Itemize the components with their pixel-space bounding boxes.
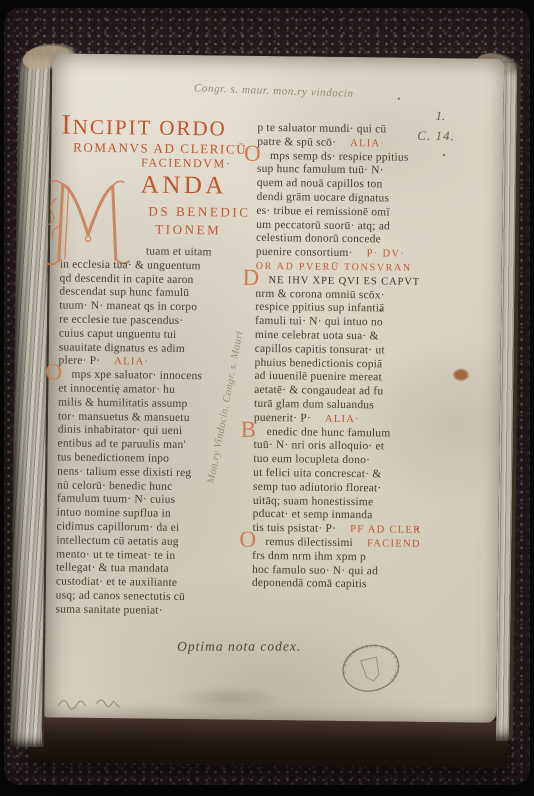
line-text: mps semp ds· respice ppitius	[270, 150, 409, 164]
line-text: nū celorū· benedic hunc	[57, 479, 173, 492]
incipit-rubric-line1: INCIPIT ORDO	[61, 113, 255, 141]
curator-note: Optima nota codex.	[177, 639, 301, 655]
line-text: celestium donorū concede	[256, 232, 381, 246]
line-text: re ecclesie tue pascendus·	[59, 313, 183, 327]
decorated-initial-block: ANDA DS BENEDIC TIONEM	[60, 168, 255, 246]
line-text: pducat· et semp inmanda	[253, 508, 373, 521]
line-text: descendat sup hunc famulū	[59, 286, 189, 300]
library-stamp: BIBLIOTHEQUE DE VENDOME	[333, 633, 409, 704]
line-text: suma sanitate pueniat·	[55, 603, 162, 616]
line-text: nens· talium esse dixisti reg	[57, 465, 191, 479]
line-text: tor· mansuetus & mansuetu	[58, 410, 190, 424]
line-text: hoc famulo suo· N· qui ad	[252, 563, 378, 577]
manuscript-book: Congr. s. maur. mon.ry vindocin 1. C. 14…	[8, 43, 525, 775]
line-text: puenire consortium·	[256, 246, 353, 259]
line-text: intuo nomine supflua in	[57, 507, 171, 520]
line-text: tellegat· & tua mandata	[56, 562, 169, 575]
rubric-sub-line1: DS BENEDIC	[148, 204, 250, 221]
line-text: deponendā comā capitis	[252, 577, 367, 590]
line-text: ad iuuenilē puenire mereat	[254, 370, 382, 384]
line-text: frs dnm nrm ihm xpm p	[252, 550, 366, 563]
rubric-marker: ALIA·	[114, 357, 149, 368]
pen-trials	[52, 689, 172, 716]
line-text: famulum tuum· N· cuius	[57, 493, 176, 506]
colored-initial: D	[243, 270, 260, 284]
display-capitals: NE IHV XPE QVI ES CAPVT	[269, 275, 421, 288]
stamp-text: BIBLIOTHEQUE DE VENDOME	[337, 638, 403, 693]
line-text: qd descendit in capite aaron	[60, 272, 194, 286]
manuscript-line: deponendā comā capitis	[252, 577, 454, 593]
line-text: p te saluator mundi· qui cū	[257, 122, 386, 136]
line-text: et innocentię amator· hu	[58, 382, 175, 395]
line-text: sup hunc famulum tuū· N·	[257, 163, 384, 177]
line-text: dendi grām uocare dignatus	[257, 191, 390, 205]
line-text: turā glam dum saluandus	[254, 398, 374, 411]
line-text: mento· ut te timeat· te in	[56, 548, 175, 561]
stamp-shield	[361, 657, 382, 682]
line-text: milis & humilitatis assump	[58, 396, 188, 410]
line-text: remus dilectissimi	[265, 536, 353, 549]
line-text: nrm & corona omniū scōx·	[255, 287, 384, 301]
line-text: uitāq; suam honestissime	[253, 494, 374, 507]
smudge-stain	[172, 685, 282, 712]
line-text: phuius benedictionis copiā	[254, 356, 382, 370]
line-text: semp tuo adiutorio floreat·	[253, 481, 381, 495]
colored-initial: O	[239, 533, 256, 547]
line-text: plere· P·	[58, 355, 100, 368]
line-text: usq; ad canos senectutis cū	[56, 589, 185, 603]
line-text: quem ad nouā capillos ton	[257, 177, 383, 191]
line-text: mps xpe saluator· innocens	[71, 369, 202, 383]
line-text: aetatē· & congaudeat ad fu	[254, 384, 383, 398]
rubric-text: OR AD PVERŪ TONSVRAN	[256, 261, 412, 274]
line-text: cidimus capillorum· da ei	[56, 520, 179, 533]
line-text: custodiat· et te auxiliante	[56, 576, 177, 589]
line-text: ut felici uita concrescat· &	[253, 467, 381, 481]
line-text: in ecclesia tua· & unguentum	[60, 258, 201, 272]
svg-text:BIBLIOTHEQUE DE VENDOME: BIBLIOTHEQUE DE VENDOME	[337, 638, 403, 693]
line-text: entibus ad te paruulis man'	[57, 438, 185, 452]
line-text: suauitate dignatus es adim	[59, 341, 185, 355]
rubric-marker: ALIA·	[350, 138, 385, 149]
line-text: um peccatorū suorū· atq; ad	[256, 218, 390, 232]
colored-initial: O	[244, 146, 261, 160]
incipit-rubric-line2: ROMANVS AD CLERICŪ	[73, 140, 255, 157]
colored-initial: B	[241, 422, 257, 436]
line-text: patre & spū scō·	[257, 136, 336, 149]
line-text: tuo eum locupleta dono·	[253, 453, 370, 466]
book-lower-board	[29, 715, 509, 768]
line-text: cuius caput unguentu tui	[59, 327, 177, 340]
colored-initial: O	[45, 365, 62, 379]
line-text: respice ppitius sup infantiā	[255, 301, 384, 315]
line-text: es· tribue ei remissionē omī	[256, 205, 389, 219]
rubric-sub-line2: TIONEM	[155, 222, 221, 239]
line-text: dinis inhabitator· qui ueni	[58, 424, 183, 438]
line-text: mine celebrat uota sua· &	[255, 329, 379, 343]
rubric-marker: FACIEND	[367, 538, 421, 550]
line-text: tis tuis psistat· P·	[252, 522, 336, 535]
left-text-column: INCIPIT ORDO ROMANVS AD CLERICŪ FACIENDV…	[55, 113, 255, 619]
manuscript-line: suma sanitate pueniat·	[55, 603, 249, 619]
parchment-page: Congr. s. maur. mon.ry vindocin 1. C. 14…	[44, 53, 504, 722]
rubric-marker: ALIA·	[325, 413, 360, 424]
incipit-rubric-line3: FACIENDVM·	[141, 155, 255, 170]
line-text: puenerit· P·	[254, 412, 311, 425]
rubric-marker: PF AD CLER	[350, 524, 421, 536]
manuscript-line: tuam et uitam	[146, 246, 254, 261]
line-text: capillos capitis tonsurat· ut	[255, 343, 385, 357]
folio-number: 1.	[435, 108, 445, 124]
line-text: tus benedictionem inpo	[57, 451, 169, 464]
line-text: enedic dne hunc famulum	[267, 426, 391, 440]
rubric-marker: P· DV·	[367, 248, 406, 259]
line-text: tuam et uitam	[146, 246, 212, 259]
line-text: intellectum cū aetatis aug	[56, 534, 179, 547]
line-text: tuum· N· maneat qs in corpo	[59, 300, 197, 314]
line-text: famuli tui· N· qui intuo no	[255, 315, 383, 329]
ownership-inscription: Congr. s. maur. mon.ry vindocin	[194, 82, 444, 103]
photo-slide-frame: Congr. s. maur. mon.ry vindocin 1. C. 14…	[0, 0, 534, 796]
rubric-word-anda: ANDA	[141, 171, 228, 200]
right-text-column: p te saluator mundi· qui cū patre & spū …	[252, 122, 460, 594]
line-text: tuū· N· nri oris alloquio· et	[253, 439, 384, 453]
